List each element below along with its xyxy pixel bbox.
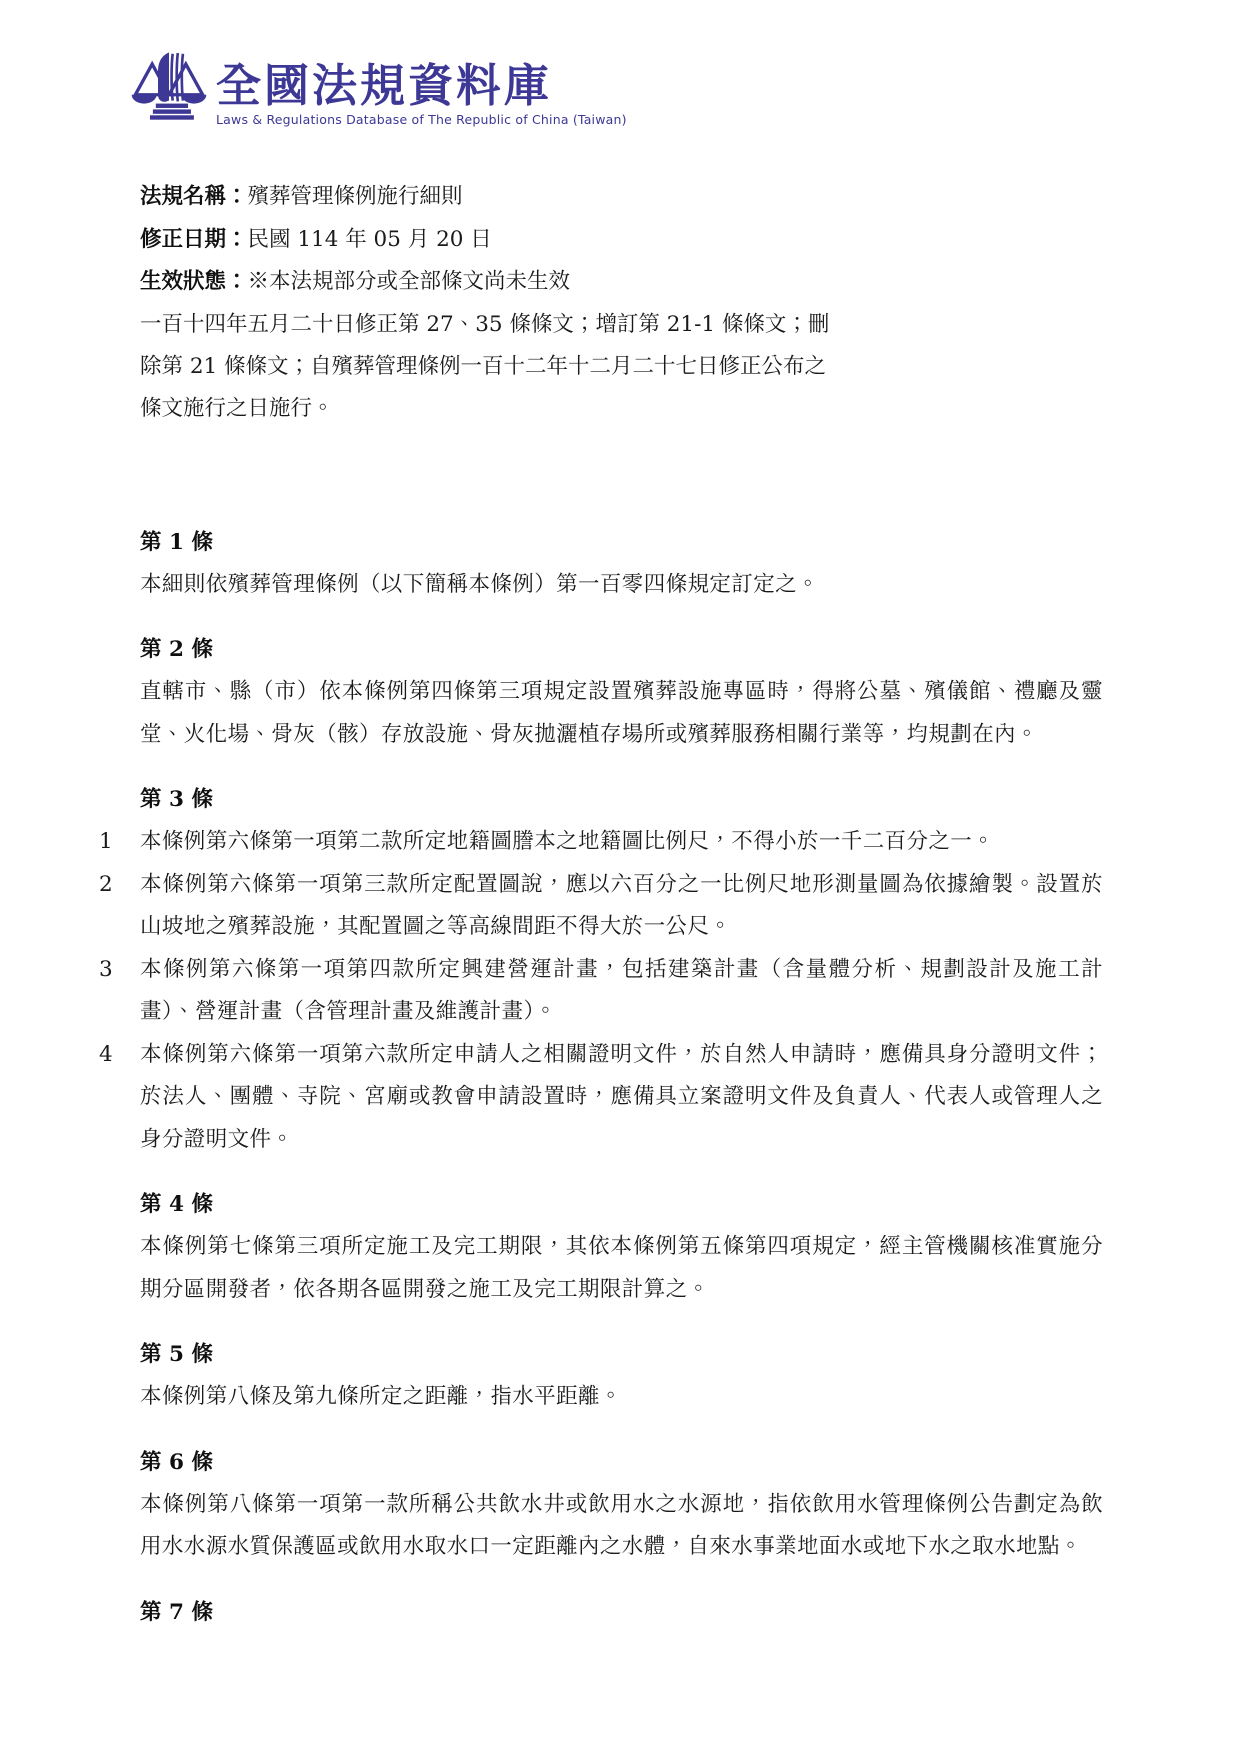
article-paragraph: 2本條例第六條第一項第三款所定配置圖說，應以六百分之一比例尺地形測量圖為依據繪製… (140, 864, 1103, 949)
article-paragraph: 1本條例第六條第一項第二款所定地籍圖謄本之地籍圖比例尺，不得小於一千二百分之一。 (140, 821, 1103, 864)
paragraph-text: 本條例第八條第一項第一款所稱公共飲水井或飲用水之水源地，指依飲用水管理條例公告劃… (140, 1492, 1103, 1560)
article-paragraph: 本條例第八條第一項第一款所稱公共飲水井或飲用水之水源地，指依飲用水管理條例公告劃… (140, 1484, 1103, 1569)
article-block: 第 7 條 (140, 1592, 1103, 1634)
paragraph-text: 本條例第八條及第九條所定之距離，指水平距離。 (140, 1384, 622, 1409)
paragraph-text: 本條例第六條第一項第六款所定申請人之相關證明文件，於自然人申請時，應備具身分證明… (140, 1042, 1103, 1152)
article-paragraph: 4本條例第六條第一項第六款所定申請人之相關證明文件，於自然人申請時，應備具身分證… (140, 1034, 1103, 1162)
amendment-note-line: 條文施行之日施行。 (140, 388, 1103, 430)
article-heading: 第 4 條 (140, 1184, 1103, 1226)
paragraph-text: 本條例第六條第一項第四款所定興建營運計畫，包括建築計畫（含量體分析、規劃設計及施… (140, 957, 1103, 1025)
meta-row: 法規名稱：殯葬管理條例施行細則 (140, 176, 1103, 219)
paragraph-number: 1 (99, 821, 129, 864)
paragraph-number: 2 (99, 864, 129, 907)
amendment-note-line: 一百十四年五月二十日修正第 27、35 條條文；增訂第 21-1 條條文；刪 (140, 304, 1103, 346)
paragraph-number: 3 (99, 949, 129, 992)
article-paragraph: 本條例第八條及第九條所定之距離，指水平距離。 (140, 1376, 1103, 1419)
article-heading: 第 3 條 (140, 779, 1103, 821)
article-heading: 第 1 條 (140, 522, 1103, 564)
site-logo: 全國法規資料庫 Laws & Regulations Database of T… (128, 46, 627, 126)
paragraph-text: 本條例第七條第三項所定施工及完工期限，其依本條例第五條第四項規定，經主管機關核准… (140, 1234, 1103, 1302)
page-header: 全國法規資料庫 Laws & Regulations Database of T… (0, 0, 1241, 126)
article-heading: 第 7 條 (140, 1592, 1103, 1634)
article-block: 第 4 條 本條例第七條第三項所定施工及完工期限，其依本條例第五條第四項規定，經… (140, 1184, 1103, 1311)
article-paragraph: 直轄市、縣（市）依本條例第四條第三項規定設置殯葬設施專區時，得將公墓、殯儀館、禮… (140, 671, 1103, 756)
document-body: 法規名稱：殯葬管理條例施行細則 修正日期：民國 114 年 05 月 20 日 … (140, 176, 1103, 1634)
article-paragraph: 本細則依殯葬管理條例（以下簡稱本條例）第一百零四條規定訂定之。 (140, 564, 1103, 607)
meta-label: 法規名稱： (140, 184, 248, 209)
amendment-note-line: 除第 21 條條文；自殯葬管理條例一百十二年十二月二十七日修正公布之 (140, 346, 1103, 388)
meta-label: 生效狀態： (140, 269, 248, 294)
article-paragraph: 3本條例第六條第一項第四款所定興建營運計畫，包括建築計畫（含量體分析、規劃設計及… (140, 949, 1103, 1034)
amendment-note: 一百十四年五月二十日修正第 27、35 條條文；增訂第 21-1 條條文；刪除第… (140, 304, 1103, 430)
meta-label: 修正日期： (140, 227, 248, 252)
meta-value: 殯葬管理條例施行細則 (248, 184, 463, 209)
paragraph-text: 本條例第六條第一項第三款所定配置圖說，應以六百分之一比例尺地形測量圖為依據繪製。… (140, 872, 1103, 940)
scales-and-book-icon (128, 46, 210, 126)
article-block: 第 3 條 1本條例第六條第一項第二款所定地籍圖謄本之地籍圖比例尺，不得小於一千… (140, 779, 1103, 1161)
article-heading: 第 5 條 (140, 1334, 1103, 1376)
meta-row: 修正日期：民國 114 年 05 月 20 日 (140, 219, 1103, 262)
meta-row: 生效狀態：※本法規部分或全部條文尚未生效 (140, 261, 1103, 304)
meta-value: 民國 114 年 05 月 20 日 (248, 227, 492, 252)
paragraph-text: 本條例第六條第一項第二款所定地籍圖謄本之地籍圖比例尺，不得小於一千二百分之一。 (140, 829, 994, 854)
article-paragraph: 本條例第七條第三項所定施工及完工期限，其依本條例第五條第四項規定，經主管機關核准… (140, 1226, 1103, 1311)
logo-title: 全國法規資料庫 (216, 63, 627, 108)
article-block: 第 1 條 本細則依殯葬管理條例（以下簡稱本條例）第一百零四條規定訂定之。 (140, 522, 1103, 607)
article-block: 第 6 條 本條例第八條第一項第一款所稱公共飲水井或飲用水之水源地，指依飲用水管… (140, 1442, 1103, 1569)
law-metadata: 法規名稱：殯葬管理條例施行細則 修正日期：民國 114 年 05 月 20 日 … (140, 176, 1103, 304)
article-block: 第 5 條 本條例第八條及第九條所定之距離，指水平距離。 (140, 1334, 1103, 1419)
meta-value: ※本法規部分或全部條文尚未生效 (248, 269, 571, 294)
article-heading: 第 2 條 (140, 629, 1103, 671)
logo-subtitle: Laws & Regulations Database of The Repub… (216, 114, 627, 127)
paragraph-text: 本細則依殯葬管理條例（以下簡稱本條例）第一百零四條規定訂定之。 (140, 572, 819, 597)
paragraph-number: 4 (99, 1034, 129, 1077)
article-heading: 第 6 條 (140, 1442, 1103, 1484)
article-block: 第 2 條 直轄市、縣（市）依本條例第四條第三項規定設置殯葬設施專區時，得將公墓… (140, 629, 1103, 756)
articles: 第 1 條 本細則依殯葬管理條例（以下簡稱本條例）第一百零四條規定訂定之。 第 … (140, 522, 1103, 1634)
paragraph-text: 直轄市、縣（市）依本條例第四條第三項規定設置殯葬設施專區時，得將公墓、殯儀館、禮… (140, 679, 1103, 747)
